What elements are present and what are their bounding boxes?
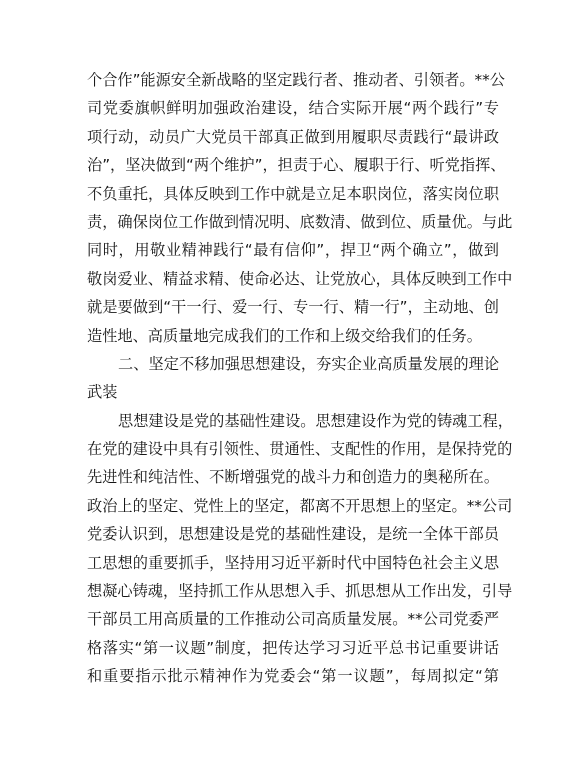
- text-line: 个合作”能源安全新战略的坚定践行者、推动者、引领者。**公: [87, 66, 499, 94]
- text-line: 想凝心铸魂，坚持抓工作从思想入手、抓思想从工作出发，引导: [87, 577, 499, 605]
- text-line: 责，确保岗位工作做到情况明、底数清、做到位、质量优。与此: [87, 208, 499, 236]
- text-line: 敬岗爱业、精益求精、使命必达、让党放心，具体反映到工作中: [87, 265, 499, 293]
- section-heading: 二、坚定不移加强思想建设，夯实企业高质量发展的理论 武装: [87, 350, 499, 407]
- text-line: 和重要指示批示精神作为党委会“第一议题”，每周拟定“第: [87, 662, 499, 690]
- heading-line: 二、坚定不移加强思想建设，夯实企业高质量发展的理论: [87, 350, 499, 378]
- paragraph-continuation: 个合作”能源安全新战略的坚定践行者、推动者、引领者。**公 司党委旗帜鲜明加强政…: [87, 66, 499, 350]
- text-line: 治”，坚决做到“两个维护”，担责于心、履职于行、听党指挥、: [87, 151, 499, 179]
- text-line: 格落实“第一议题”制度，把传达学习习近平总书记重要讲话: [87, 634, 499, 662]
- paragraph-ideological-building: 思想建设是党的基础性建设。思想建设作为党的铸魂工程， 在党的建设中具有引领性、贯…: [87, 407, 499, 691]
- heading-line: 武装: [87, 378, 499, 406]
- text-line: 在党的建设中具有引领性、贯通性、支配性的作用，是保持党的: [87, 435, 499, 463]
- text-line: 先进性和纯洁性、不断增强党的战斗力和创造力的奥秘所在。: [87, 463, 499, 491]
- text-line: 思想建设是党的基础性建设。思想建设作为党的铸魂工程，: [87, 407, 499, 435]
- text-line: 不负重托，具体反映到工作中就是立足本职岗位，落实岗位职: [87, 180, 499, 208]
- text-line: 同时，用敬业精神践行“最有信仰”，捍卫“两个确立”，做到: [87, 236, 499, 264]
- document-page: 个合作”能源安全新战略的坚定践行者、推动者、引领者。**公 司党委旗帜鲜明加强政…: [87, 66, 499, 691]
- text-line: 就是要做到“干一行、爱一行、专一行、精一行”，主动地、创: [87, 293, 499, 321]
- text-line: 造性地、高质量地完成我们的工作和上级交给我们的任务。: [87, 322, 499, 350]
- text-line: 政治上的坚定、党性上的坚定，都离不开思想上的坚定。**公司: [87, 492, 499, 520]
- text-line: 工思想的重要抓手，坚持用习近平新时代中国特色社会主义思: [87, 549, 499, 577]
- text-line: 项行动，动员广大党员干部真正做到用履职尽责践行“最讲政: [87, 123, 499, 151]
- text-line: 干部员工用高质量的工作推动公司高质量发展。**公司党委严: [87, 605, 499, 633]
- text-line: 司党委旗帜鲜明加强政治建设，结合实际开展“两个践行”专: [87, 94, 499, 122]
- text-line: 党委认识到，思想建设是党的基础性建设，是统一全体干部员: [87, 520, 499, 548]
